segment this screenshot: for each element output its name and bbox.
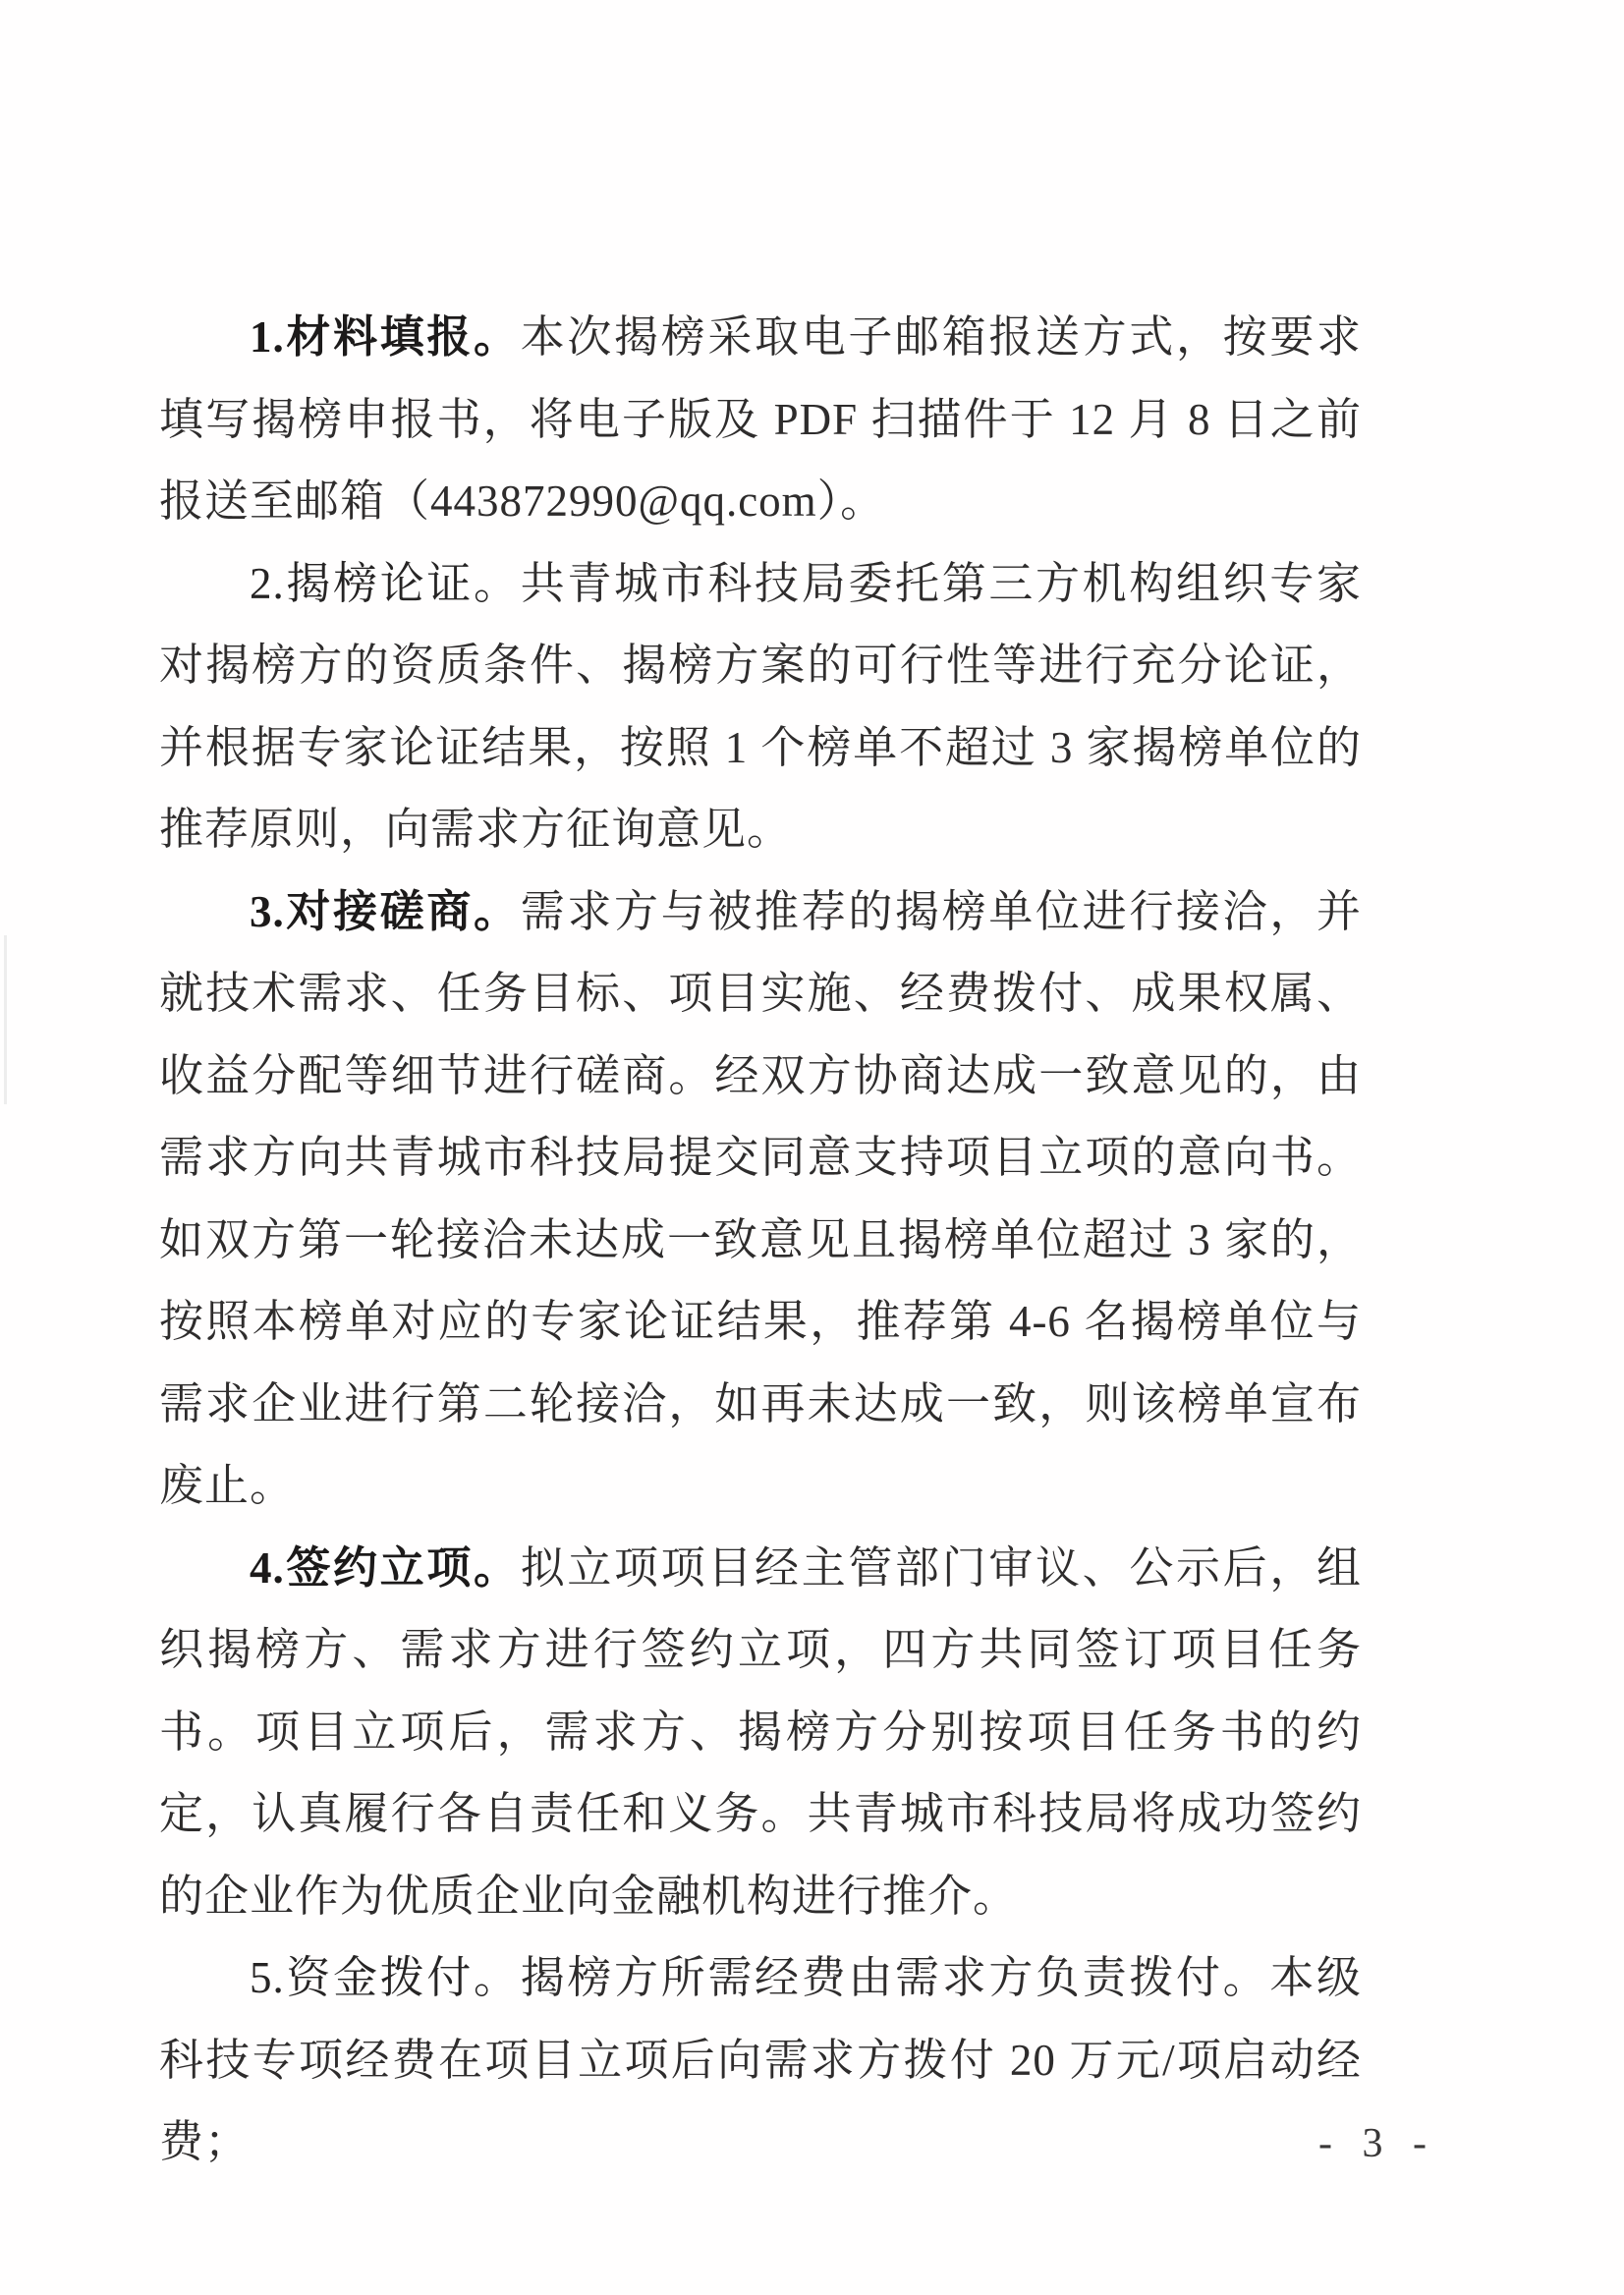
paragraph-lead: 5.资金拨付。 (250, 1953, 521, 2002)
paragraph-text: 拟立项项目经主管部门审议、公示后，组织揭榜方、需求方进行签约立项，四方共同签订项… (159, 1543, 1362, 1921)
document-page: 1.材料填报。本次揭榜采取电子邮箱报送方式，按要求填写揭榜申报书，将电子版及 P… (0, 0, 1624, 2295)
paragraph: 5.资金拨付。揭榜方所需经费由需求方负责拨付。本级科技专项经费在项目立项后向需求… (159, 1937, 1362, 2184)
scan-artifact (4, 935, 7, 1104)
paragraph: 2.揭榜论证。共青城市科技局委托第三方机构组织专家对揭榜方的资质条件、揭榜方案的… (159, 543, 1362, 871)
paragraph-text: 需求方与被推荐的揭榜单位进行接洽，并就技术需求、任务目标、项目实施、经费拨付、成… (159, 887, 1362, 1511)
paragraph-lead: 4.签约立项。 (250, 1543, 521, 1593)
paragraph-lead: 1.材料填报。 (250, 312, 521, 362)
paragraph-lead: 3.对接磋商。 (250, 887, 521, 936)
paragraph: 3.对接磋商。需求方与被推荐的揭榜单位进行接洽，并就技术需求、任务目标、项目实施… (159, 871, 1362, 1528)
paragraph: 4.签约立项。拟立项项目经主管部门审议、公示后，组织揭榜方、需求方进行签约立项，… (159, 1528, 1362, 1938)
document-body: 1.材料填报。本次揭榜采取电子邮箱报送方式，按要求填写揭榜申报书，将电子版及 P… (159, 297, 1362, 2184)
page-footer: - 3 - (1318, 2120, 1436, 2167)
paragraph-lead: 2.揭榜论证。 (250, 559, 521, 608)
paragraph: 1.材料填报。本次揭榜采取电子邮箱报送方式，按要求填写揭榜申报书，将电子版及 P… (159, 297, 1362, 543)
page-number: - 3 - (1318, 2121, 1436, 2166)
